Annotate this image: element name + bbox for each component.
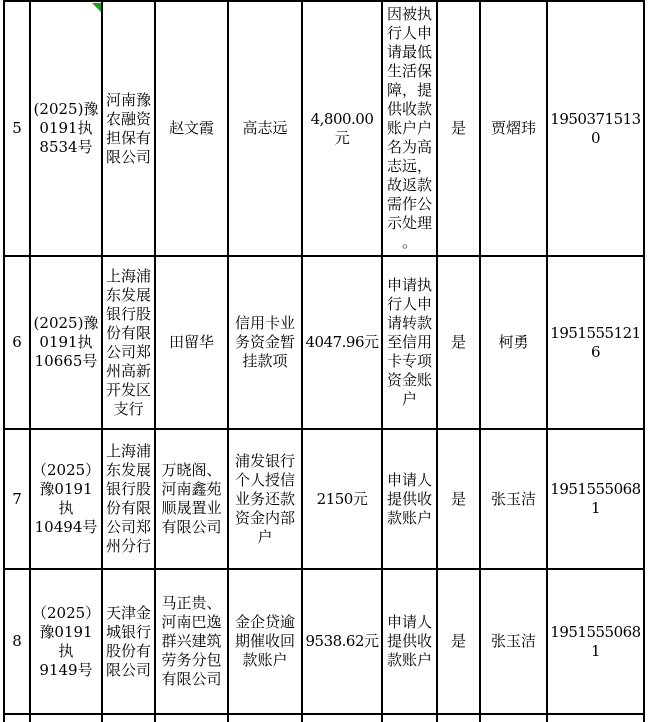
cell-error-indicator-icon: [92, 3, 101, 12]
partial-cell: [547, 714, 644, 722]
handler-cell[interactable]: 张玉洁: [480, 569, 547, 714]
case-number-cell[interactable]: (2025)豫 0191执 10665号: [30, 256, 102, 429]
amount-cell[interactable]: 2150元: [302, 429, 382, 569]
seq-cell[interactable]: 5: [4, 1, 30, 256]
payee-name-cell[interactable]: 田留华: [155, 256, 228, 429]
seq-cell[interactable]: 6: [4, 256, 30, 429]
table-row: 6 (2025)豫 0191执 10665号 上海浦 东发展 银行股 份有限 公…: [4, 256, 644, 429]
case-funds-table: 5 (2025)豫 0191执 8534号 河南豫 农融资 担保有 限公司 赵文…: [3, 0, 645, 722]
handler-cell[interactable]: 张玉洁: [480, 429, 547, 569]
phone-cell[interactable]: 19515550681: [547, 569, 644, 714]
remark-cell[interactable]: 申请人 提供收 款账户: [382, 569, 437, 714]
phone-cell[interactable]: 19503715130: [547, 1, 644, 256]
handler-cell[interactable]: 贾熠玮: [480, 1, 547, 256]
spreadsheet-table-view: 5 (2025)豫 0191执 8534号 河南豫 农融资 担保有 限公司 赵文…: [0, 0, 649, 722]
case-number-cell[interactable]: (2025)豫 0191执 8534号: [30, 1, 102, 256]
phone-cell[interactable]: 19515550681: [547, 429, 644, 569]
seq-cell[interactable]: 7: [4, 429, 30, 569]
amount-cell[interactable]: 4047.96元: [302, 256, 382, 429]
partial-cell: [480, 714, 547, 722]
party-cell[interactable]: 上海浦 东发展 银行股 份有限 公司郑 州高新 开发区 支行: [102, 256, 155, 429]
partial-cell: [4, 714, 30, 722]
party-cell[interactable]: 上海浦 东发展 银行股 份有限 公司郑 州分行: [102, 429, 155, 569]
table-row: 8 （2025） 豫0191执 9149号 天津金 城银行 股份有 限公司 马正…: [4, 569, 644, 714]
account-name-cell[interactable]: 信用卡业 务资金暂 挂款项: [228, 256, 302, 429]
amount-cell[interactable]: 4,800.00 元: [302, 1, 382, 256]
payee-name-cell[interactable]: 赵文霞: [155, 1, 228, 256]
publish-flag-cell[interactable]: 是: [437, 569, 480, 714]
partial-cell: [30, 714, 102, 722]
seq-cell[interactable]: 8: [4, 569, 30, 714]
remark-cell[interactable]: 申请人 提供收 款账户: [382, 429, 437, 569]
publish-flag-cell[interactable]: 是: [437, 429, 480, 569]
handler-cell[interactable]: 柯勇: [480, 256, 547, 429]
party-cell[interactable]: 河南豫 农融资 担保有 限公司: [102, 1, 155, 256]
table-row: 7 （2025） 豫0191执 10494号 上海浦 东发展 银行股 份有限 公…: [4, 429, 644, 569]
partial-cell: [382, 714, 437, 722]
publish-flag-cell[interactable]: 是: [437, 1, 480, 256]
case-number-cell[interactable]: （2025） 豫0191执 9149号: [30, 569, 102, 714]
partial-next-row: [4, 714, 644, 722]
account-name-cell[interactable]: 金企贷逾 期催收回 款账户: [228, 569, 302, 714]
table-row: 5 (2025)豫 0191执 8534号 河南豫 农融资 担保有 限公司 赵文…: [4, 1, 644, 256]
partial-cell: [437, 714, 480, 722]
amount-cell[interactable]: 9538.62元: [302, 569, 382, 714]
payee-name-cell[interactable]: 马正贵、 河南巴逸 群兴建筑 劳务分包 有限公司: [155, 569, 228, 714]
publish-flag-cell[interactable]: 是: [437, 256, 480, 429]
phone-cell[interactable]: 19515551216: [547, 256, 644, 429]
account-name-cell[interactable]: 高志远: [228, 1, 302, 256]
partial-cell: [102, 714, 155, 722]
partial-cell: [228, 714, 302, 722]
remark-cell[interactable]: 申请执 行人申 请转款 至信用 卡专项 资金账 户: [382, 256, 437, 429]
partial-cell: [302, 714, 382, 722]
payee-name-cell[interactable]: 万晓阁、 河南鑫苑 顺晟置业 有限公司: [155, 429, 228, 569]
partial-cell: [155, 714, 228, 722]
remark-cell[interactable]: 因被执 行人申 请最低 生活保 障，提 供收款 账户户 名为高 志远， 故返款 …: [382, 1, 437, 256]
case-number-cell[interactable]: （2025） 豫0191执 10494号: [30, 429, 102, 569]
party-cell[interactable]: 天津金 城银行 股份有 限公司: [102, 569, 155, 714]
account-name-cell[interactable]: 浦发银行 个人授信 业务还款 资金内部 户: [228, 429, 302, 569]
